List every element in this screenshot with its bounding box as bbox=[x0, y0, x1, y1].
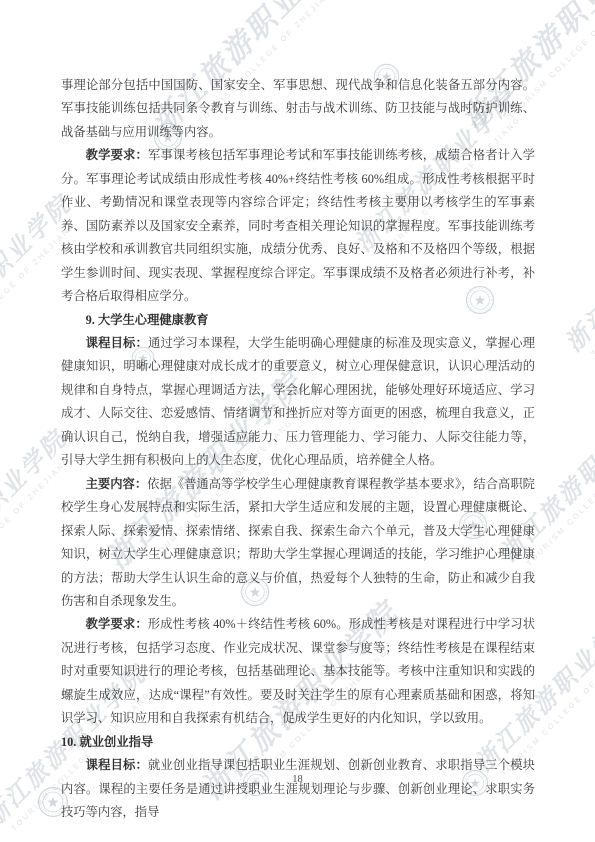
paragraph-lead: 课程目标： bbox=[86, 758, 148, 772]
paragraph-lead: 教学要求： bbox=[86, 148, 148, 162]
paragraph: 教学要求：形成性考核 40%＋终结性考核 60%。形成性考核是对课程进行中学习状… bbox=[61, 613, 535, 730]
paragraph: 课程目标：就业创业指导课包括职业生涯规划、创新创业教育、求职指导三个模块内容。课… bbox=[61, 754, 535, 824]
document-page: 浙江旅游职业学院 TOURISM COLLEGE OF ZHEJIANG 浙江旅… bbox=[0, 0, 595, 842]
paragraph-text: 事理论部分包括中国国防、国家安全、军事思想、现代战争和信息化装备五部分内容。军事… bbox=[61, 78, 535, 139]
paragraph-text: 军事课考核包括军事理论考试和军事技能训练考核，成绩合格者计入学分。军事理论考试成… bbox=[61, 148, 535, 303]
paragraph: 主要内容：依据《普通高等学校学生心理健康教育课程教学基本要求》，结合高职院校学生… bbox=[61, 473, 535, 614]
paragraph-text: 形成性考核 40%＋终结性考核 60%。形成性考核是对课程进行中学习状况进行考核… bbox=[61, 617, 535, 725]
paragraph-lead: 9. 大学生心理健康教育 bbox=[86, 313, 209, 327]
paragraph-lead: 教学要求： bbox=[86, 617, 148, 631]
paragraph-lead: 主要内容： bbox=[86, 477, 148, 491]
paragraph: 课程目标：通过学习本课程，大学生能明确心理健康的标准及现实意义，掌握心理健康知识… bbox=[61, 332, 535, 473]
document-body: 事理论部分包括中国国防、国家安全、军事思想、现代战争和信息化装备五部分内容。军事… bbox=[61, 74, 535, 825]
paragraph: 教学要求：军事课考核包括军事理论考试和军事技能训练考核，成绩合格者计入学分。军事… bbox=[61, 144, 535, 308]
watermark-en-text: TOURISM COLLEGE OF ZHEJIANG bbox=[582, 207, 595, 366]
page-number: 18 bbox=[0, 774, 595, 785]
paragraph: 事理论部分包括中国国防、国家安全、军事思想、现代战争和信息化装备五部分内容。军事… bbox=[61, 74, 535, 144]
paragraph-text: 通过学习本课程，大学生能明确心理健康的标准及现实意义，掌握心理健康知识，明晰心理… bbox=[61, 336, 535, 467]
watermark-cn-text: 浙江旅游职业学院 bbox=[555, 180, 595, 357]
paragraph-lead: 课程目标： bbox=[86, 336, 148, 350]
paragraph-text: 依据《普通高等学校学生心理健康教育课程教学基本要求》，结合高职院校学生身心发展特… bbox=[61, 477, 535, 608]
paragraph: 10. 就业创业指导 bbox=[61, 731, 535, 754]
watermark: 浙江旅游职业学院 TOURISM COLLEGE OF ZHEJIANG bbox=[555, 180, 595, 365]
paragraph-lead: 10. 就业创业指导 bbox=[61, 735, 153, 749]
paragraph: 9. 大学生心理健康教育 bbox=[61, 309, 535, 332]
